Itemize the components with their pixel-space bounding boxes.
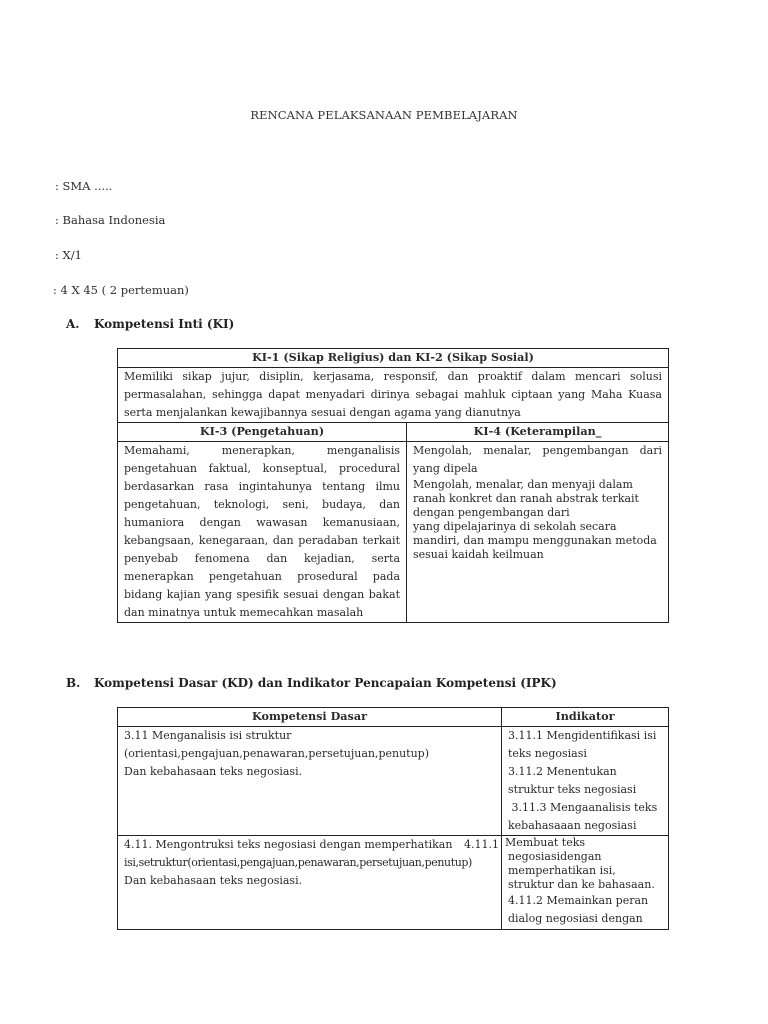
indicator-line: 3.11.3 Mengaanalisis teks bbox=[508, 799, 662, 817]
time-allocation-value: : 4 X 45 ( 2 pertemuan) bbox=[53, 283, 189, 297]
indicator-line: kebahasaaan negosiasi bbox=[508, 817, 662, 835]
kd-line: Dan kebahasaan teks negosiasi. bbox=[124, 763, 495, 781]
ki4-line: yang dipelajarinya di sekolah secara bbox=[413, 520, 662, 534]
ki4-line: Mengolah, menalar, pengembangan dari bbox=[413, 442, 662, 460]
indicator-line: 3.11.2 Menentukan bbox=[508, 763, 662, 781]
school-value: : SMA ..... bbox=[55, 179, 112, 193]
indicator-cell: 3.11.1 Mengidentifikasi isi teks negosia… bbox=[502, 727, 669, 836]
indicator-line: struktur dan ke bahasaan. bbox=[508, 878, 662, 892]
subject-value: : Bahasa Indonesia bbox=[55, 213, 165, 227]
document-title: RENCANA PELAKSANAAN PEMBELAJARAN bbox=[0, 108, 768, 122]
ki4-text: Mengolah, menalar, pengembangan dari yan… bbox=[407, 442, 669, 623]
indicator-line: 3.11.1 Mengidentifikasi isi bbox=[508, 727, 662, 745]
kd-column-header: Kompetensi Dasar bbox=[118, 708, 502, 727]
ki-table: KI-1 (Sikap Religius) dan KI-2 (Sikap So… bbox=[117, 348, 669, 623]
ki4-line: dengan pengembangan dari bbox=[413, 506, 662, 520]
kd-cell: 3.11 Menganalisis isi struktur (orientas… bbox=[118, 727, 502, 836]
ki3-text: Memahami, menerapkan, menganalisis penge… bbox=[118, 442, 407, 623]
ki12-text: Memiliki sikap jujur, disiplin, kerjasam… bbox=[118, 368, 669, 423]
kd-cell: 4.11. Mengontruksi teks negosiasi dengan… bbox=[118, 836, 502, 930]
indicator-number-overflow: 4.11.1 bbox=[464, 836, 499, 854]
kd-line: Dan kebahasaan teks negosiasi. bbox=[124, 872, 495, 890]
kd-line: 4.11. Mengontruksi teks negosiasi dengan… bbox=[124, 836, 495, 854]
section-b-heading: B.Kompetensi Dasar (KD) dan Indikator Pe… bbox=[66, 676, 557, 690]
indicator-line: 4.11.2 Memainkan peran bbox=[508, 892, 662, 910]
indicator-column-header: Indikator bbox=[502, 708, 669, 727]
ki12-header: KI-1 (Sikap Religius) dan KI-2 (Sikap So… bbox=[118, 349, 669, 368]
indicator-line: dialog negosiasi dengan bbox=[508, 910, 662, 928]
kd-line: 3.11 Menganalisis isi struktur bbox=[124, 727, 495, 745]
ki4-line: sesuai kaidah keilmuan bbox=[413, 548, 662, 562]
section-a-letter: A. bbox=[66, 317, 94, 331]
ki4-line: yang dipela bbox=[413, 460, 662, 478]
section-b-letter: B. bbox=[66, 676, 94, 690]
kd-line: (orientasi,pengajuan,penawaran,persetuju… bbox=[124, 745, 495, 763]
ki4-line: ranah konkret dan ranah abstrak terkait bbox=[413, 492, 662, 506]
indicator-line: teks negosiasi bbox=[508, 745, 662, 763]
section-a-title: Kompetensi Inti (KI) bbox=[94, 317, 234, 331]
indicator-cell: Membuat teks negosiasidengan memperhatik… bbox=[502, 836, 669, 930]
ki4-line: mandiri, dan mampu menggunakan metoda bbox=[413, 534, 662, 548]
table-row: 3.11 Menganalisis isi struktur (orientas… bbox=[118, 727, 669, 836]
table-row: 4.11. Mengontruksi teks negosiasi dengan… bbox=[118, 836, 669, 930]
indicator-line: negosiasidengan bbox=[508, 850, 662, 864]
ki3-header: KI-3 (Pengetahuan) bbox=[118, 423, 407, 442]
indicator-line: Membuat teks bbox=[505, 836, 662, 850]
kd-indicator-table: Kompetensi Dasar Indikator 3.11 Menganal… bbox=[117, 707, 669, 930]
kd-line: isi,setruktur(orientasi,pengajuan,penawa… bbox=[124, 854, 495, 872]
indicator-line: memperhatikan isi, bbox=[508, 864, 662, 878]
section-a-heading: A.Kompetensi Inti (KI) bbox=[66, 317, 234, 331]
section-b-title: Kompetensi Dasar (KD) dan Indikator Penc… bbox=[94, 676, 557, 690]
class-semester-value: : X/1 bbox=[55, 248, 82, 262]
ki4-header: KI-4 (Keterampilan_ bbox=[407, 423, 669, 442]
ki4-line: Mengolah, menalar, dan menyaji dalam bbox=[413, 478, 662, 492]
indicator-line: struktur teks negosiasi bbox=[508, 781, 662, 799]
